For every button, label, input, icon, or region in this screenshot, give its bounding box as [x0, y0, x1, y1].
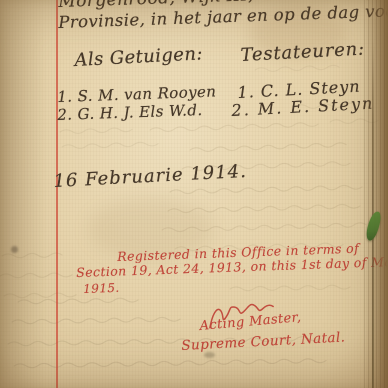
registration-line-3: 1915. — [83, 281, 120, 296]
margin-rule-line — [56, 0, 58, 388]
document-photo: Morgenrood, Wijk III, "Distrikt Vrijheid… — [0, 0, 388, 388]
book-page-edge — [364, 0, 388, 388]
